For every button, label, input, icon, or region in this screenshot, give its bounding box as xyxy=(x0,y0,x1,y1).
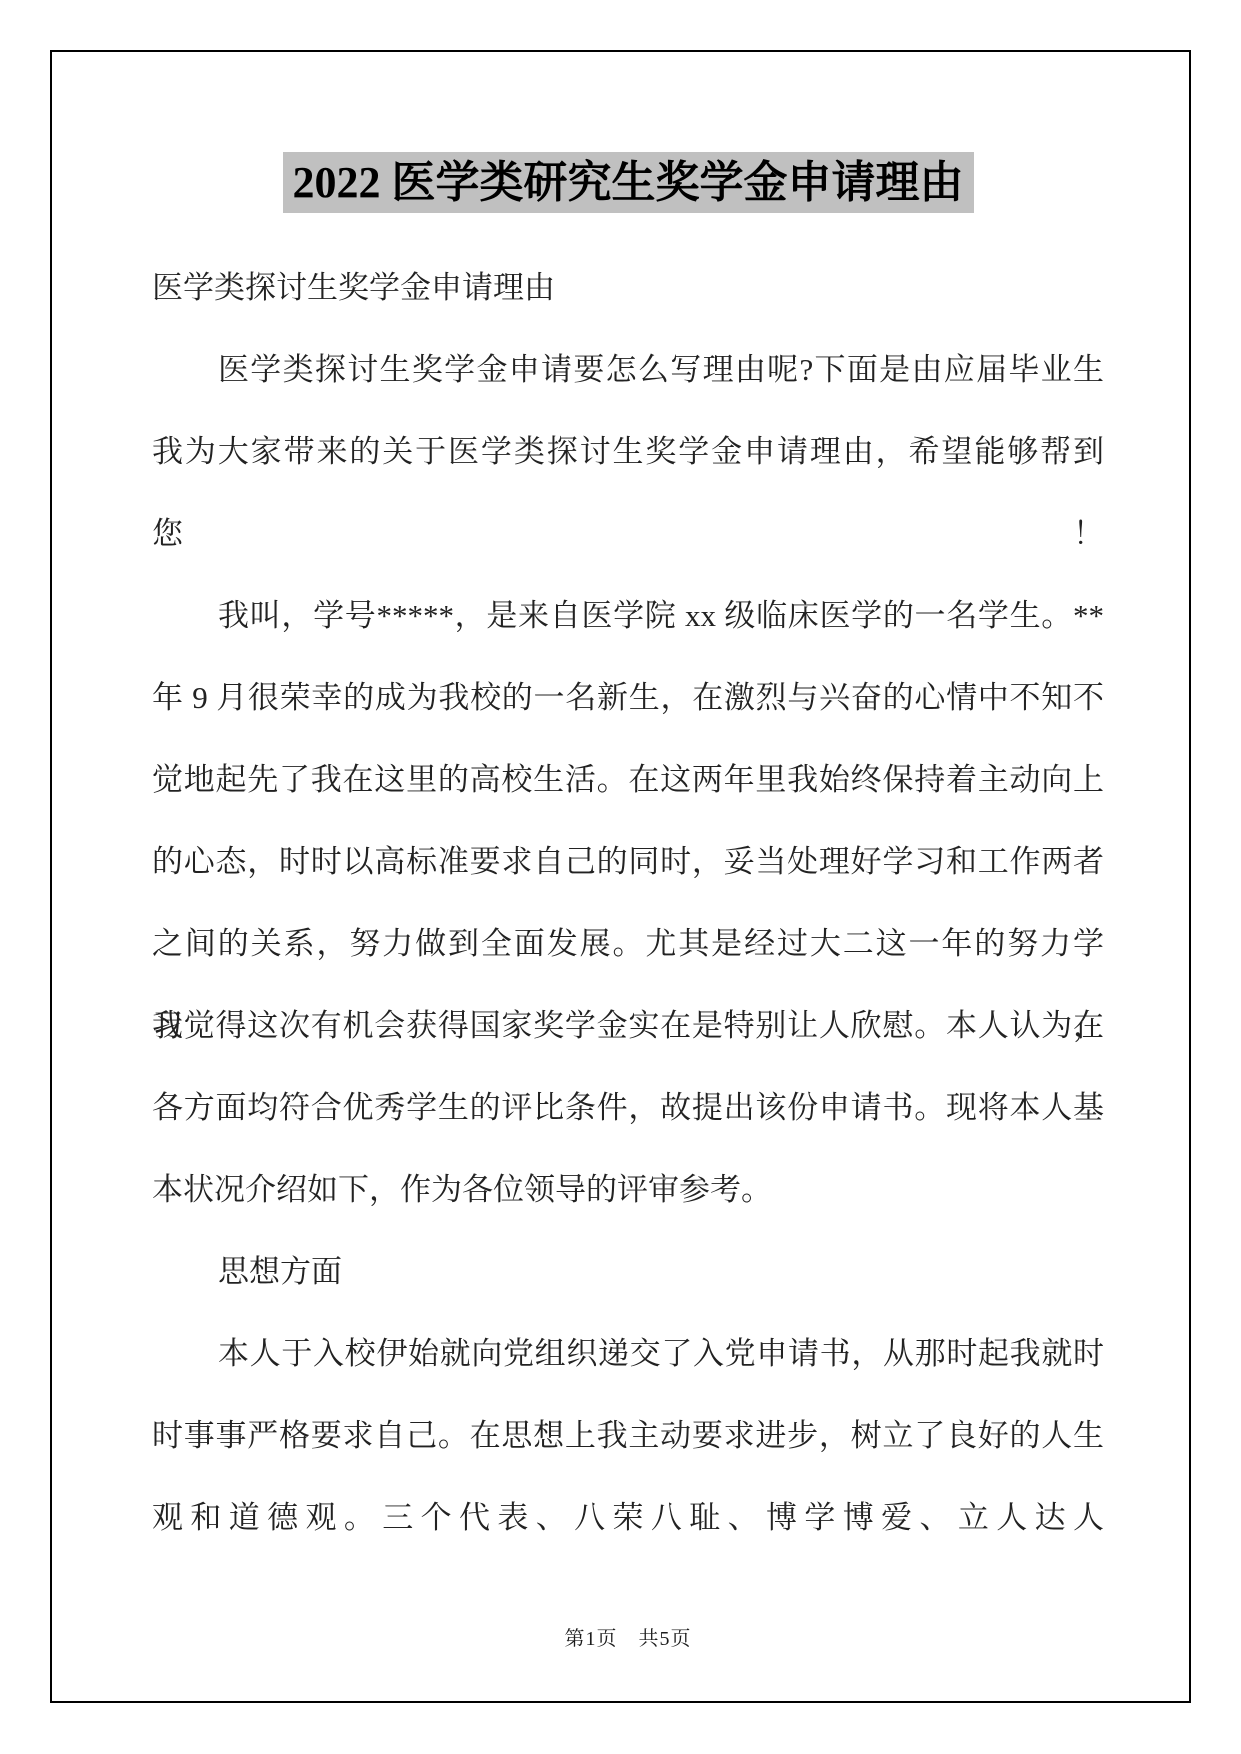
page-number: 第1页 共5页 xyxy=(565,1628,692,1650)
body-line: 本状况介绍如下，作为各位领导的评审参考。 xyxy=(152,1149,1104,1231)
page-footer: 第1页 共5页 xyxy=(152,1622,1104,1651)
body-line: 我为大家带来的关于医学类探讨生奖学金申请理由，希望能够帮到您！ xyxy=(152,411,1104,493)
doc-title: 2022 医学类研究生奖学金申请理由 xyxy=(283,152,974,213)
document-page: 2022 医学类研究生奖学金申请理由 医学类探讨生奖学金申请理由 医学类探讨生奖… xyxy=(0,0,1241,1754)
body-line: 医学类探讨生奖学金申请要怎么写理由呢?下面是由应届毕业生 xyxy=(152,329,1104,411)
body-text: 医学类探讨生奖学金申请理由 医学类探讨生奖学金申请要怎么写理由呢?下面是由应届毕… xyxy=(152,247,1104,1559)
body-line: 医学类探讨生奖学金申请理由 xyxy=(152,247,1104,329)
body-line: 觉地起先了我在这里的高校生活。在这两年里我始终保持着主动向上 xyxy=(152,739,1104,821)
page-content: 2022 医学类研究生奖学金申请理由 医学类探讨生奖学金申请理由 医学类探讨生奖… xyxy=(152,0,1104,1559)
body-line: 思想方面 xyxy=(152,1231,1104,1313)
body-line: 的心态，时时以高标准要求自己的同时，妥当处理好学习和工作两者 xyxy=(152,821,1104,903)
body-line: 本人于入校伊始就向党组织递交了入党申请书，从那时起我就时 xyxy=(152,1313,1104,1395)
body-line: 之间的关系，努力做到全面发展。尤其是经过大二这一年的努力学习， xyxy=(152,903,1104,985)
title-row: 2022 医学类研究生奖学金申请理由 xyxy=(152,152,1104,213)
body-line: 各方面均符合优秀学生的评比条件，故提出该份申请书。现将本人基 xyxy=(152,1067,1104,1149)
body-line: 我叫，学号*****，是来自医学院 xx 级临床医学的一名学生。** xyxy=(152,575,1104,657)
body-line: 时事事严格要求自己。在思想上我主动要求进步，树立了良好的人生 xyxy=(152,1395,1104,1477)
body-line: 我觉得这次有机会获得国家奖学金实在是特别让人欣慰。本人认为在 xyxy=(152,985,1104,1067)
body-line: 观和道德观。三个代表、八荣八耻、博学博爱、立人达人 xyxy=(152,1477,1104,1559)
body-line: 年 9 月很荣幸的成为我校的一名新生，在激烈与兴奋的心情中不知不 xyxy=(152,657,1104,739)
